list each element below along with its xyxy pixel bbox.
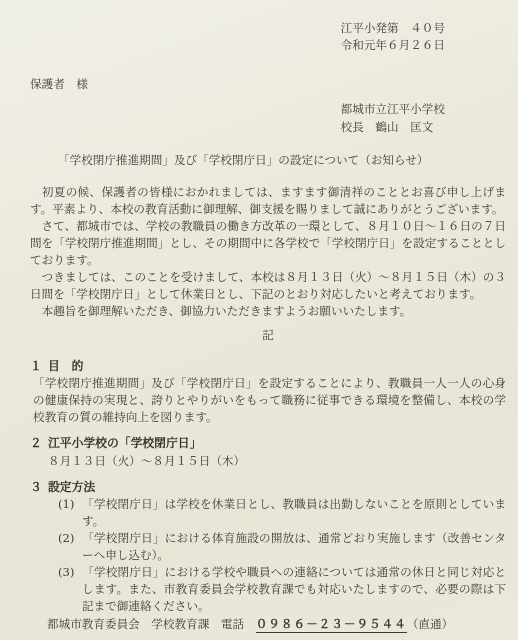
paragraph-school-dates: つきましては、このことを受けまして、本校は８月１３日（火）～８月１５日（木）の３… bbox=[30, 269, 506, 303]
section-purpose: １目 的 「学校閉庁推進期間」及び「学校閉庁日」を設定することにより、教職員一人… bbox=[30, 358, 506, 426]
item-text: 「学校閉庁日」は学校を休業日とし、教職員は出勤しないことを原則としています。 bbox=[82, 497, 506, 528]
document-header: 江平小発第 ４０号 令和元年６月２６日 bbox=[30, 20, 506, 54]
section-method: ３設定方法 (1)「学校閉庁日」は学校を休業日とし、教職員は出勤しないことを原則… bbox=[30, 479, 506, 633]
method-item-2: (2)「学校閉庁日」における体育施設の開放は、通常どおり実施します（改善センター… bbox=[82, 530, 506, 564]
doc-number: 江平小発第 ４０号 bbox=[30, 20, 445, 37]
paragraph-greeting: 初夏の候、保護者の皆様におかれましては、ますます御清祥のこととお喜び申し上げます… bbox=[30, 184, 506, 218]
sender-school: 都城市立江平小学校 bbox=[341, 100, 445, 118]
section-closure-days-heading: ２江平小学校の「学校閉庁日」 bbox=[30, 435, 506, 452]
sender-principal: 校長 鶴山 匡文 bbox=[341, 118, 445, 136]
section-title: 設定方法 bbox=[48, 480, 95, 494]
section-closure-days: ２江平小学校の「学校閉庁日」 ８月１３日（火）～８月１５日（木） bbox=[30, 435, 506, 470]
item-number: (1) bbox=[58, 496, 82, 513]
contact-phone-number: ０９８６－２３－９５４４ bbox=[256, 617, 407, 633]
section-number: １ bbox=[30, 358, 48, 375]
section-number: ２ bbox=[30, 435, 48, 452]
record-marker: 記 bbox=[30, 327, 506, 344]
body-paragraphs: 初夏の候、保護者の皆様におかれましては、ますます御清祥のこととお喜び申し上げます… bbox=[30, 184, 506, 320]
section-method-heading: ３設定方法 bbox=[30, 479, 506, 496]
paragraph-city-policy: さて、都城市では、学校の教職員の働き方改革の一環として、８月１０日～１６日の７日… bbox=[30, 218, 506, 269]
section-purpose-heading: １目 的 bbox=[30, 358, 506, 375]
contact-office: 都城市教育委員会 学校教育課 電話 bbox=[47, 617, 256, 631]
item-text: 「学校閉庁日」における学校や職員への連絡については通常の休日と同じ対応とします。… bbox=[82, 565, 506, 613]
section-purpose-body: 「学校閉庁推進期間」及び「学校閉庁日」を設定することにより、教職員一人一人の心身… bbox=[33, 375, 506, 426]
sender-block: 都城市立江平小学校 校長 鶴山 匡文 bbox=[30, 100, 506, 136]
paragraph-request: 本趣旨を御理解いただき、御協力いただきますようお願いいたします。 bbox=[30, 303, 506, 320]
method-item-3: (3)「学校閉庁日」における学校や職員への連絡については通常の休日と同じ対応とし… bbox=[82, 564, 506, 615]
item-number: (3) bbox=[58, 564, 82, 581]
section-number: ３ bbox=[30, 479, 48, 496]
item-text: 「学校閉庁日」における体育施設の開放は、通常どおり実施します（改善センターへ申し… bbox=[82, 531, 506, 562]
method-item-1: (1)「学校閉庁日」は学校を休業日とし、教職員は出勤しないことを原則としています… bbox=[82, 496, 506, 530]
contact-phone-note: （直通） bbox=[407, 617, 453, 631]
section-title: 江平小学校の「学校閉庁日」 bbox=[48, 436, 201, 450]
closure-date-range: ８月１３日（火）～８月１５日（木） bbox=[48, 453, 506, 470]
contact-line: 都城市教育委員会 学校教育課 電話 ０９８６－２３－９５４４（直通） bbox=[47, 616, 506, 633]
item-number: (2) bbox=[58, 530, 82, 547]
addressee: 保護者 様 bbox=[30, 76, 506, 93]
section-title: 目 的 bbox=[48, 359, 83, 373]
doc-title: 「学校閉庁推進期間」及び「学校閉庁日」の設定について（お知らせ） bbox=[58, 152, 506, 169]
issue-date: 令和元年６月２６日 bbox=[30, 37, 445, 54]
document-page: 江平小発第 ４０号 令和元年６月２６日 保護者 様 都城市立江平小学校 校長 鶴… bbox=[0, 0, 518, 640]
